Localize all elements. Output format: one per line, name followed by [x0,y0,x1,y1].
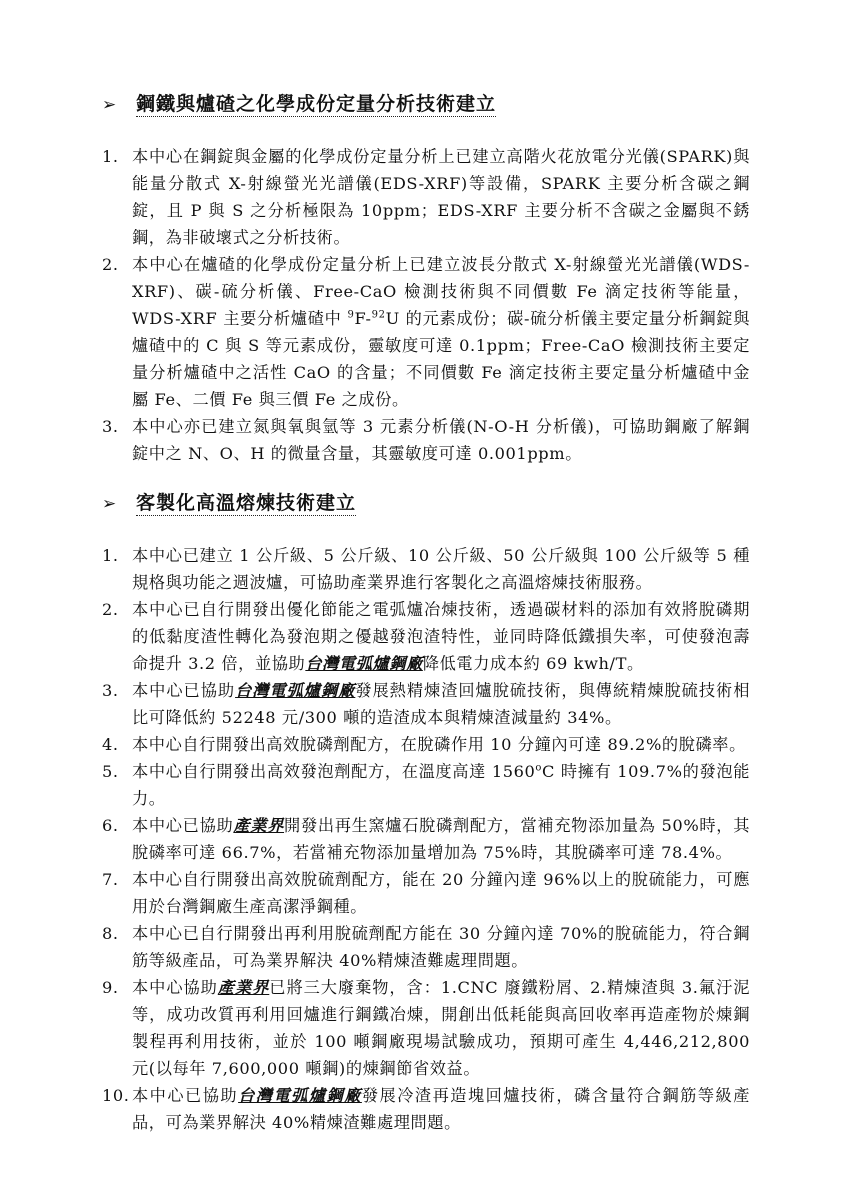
list-item: 9. 本中心協助產業界已將三大廢棄物，含：1.CNC 廢鐵粉屑、2.精煉渣與 3… [102,974,750,1082]
section-heading-smelting: ➢ 客製化高溫熔煉技術建立 [102,491,356,516]
list-item: 3. 本中心已協助台灣電弧爐鋼廠發展熱精煉渣回爐脫硫技術，與傳統精煉脫硫技術相比… [102,677,750,731]
list-item: 2. 本中心已自行開發出優化節能之電弧爐冶煉技術，透過碳材料的添加有效將脫磷期的… [102,596,750,677]
section-title: 鋼鐵與爐碴之化學成份定量分析技術建立 [136,92,496,117]
section-heading-chemical-analysis: ➢ 鋼鐵與爐碴之化學成份定量分析技術建立 [102,92,496,117]
list-item: 5. 本中心自行開發出高效發泡劑配方，在溫度高達 1560oC 時擁有 109.… [102,758,750,812]
arrow-bullet-icon: ➢ [102,494,124,514]
arrow-bullet-icon: ➢ [102,95,124,115]
list-item: 4. 本中心自行開發出高效脫磷劑配方，在脫磷作用 10 分鐘內可達 89.2%的… [102,731,750,758]
section-list-chemical-analysis: 1. 本中心在鋼錠與金屬的化學成份定量分析上已建立高階火花放電分光儀(SPARK… [102,143,750,467]
list-item: 2. 本中心在爐碴的化學成份定量分析上已建立波長分散式 X-射線螢光光譜儀(WD… [102,251,750,413]
section-list-smelting: 1. 本中心已建立 1 公斤級、5 公斤級、10 公斤級、50 公斤級與 100… [102,542,750,1136]
list-item: 1. 本中心在鋼錠與金屬的化學成份定量分析上已建立高階火花放電分光儀(SPARK… [102,143,750,251]
emphasized-org-name: 台灣電弧爐鋼廠 [305,654,423,673]
section-title: 客製化高溫熔煉技術建立 [136,491,356,516]
list-item: 7. 本中心自行開發出高效脫硫劑配方，能在 20 分鐘內達 96%以上的脫硫能力… [102,866,750,920]
emphasized-org-name: 產業界 [233,816,284,835]
list-item: 1. 本中心已建立 1 公斤級、5 公斤級、10 公斤級、50 公斤級與 100… [102,542,750,596]
emphasized-org-name: 產業界 [218,978,269,997]
emphasized-org-name: 台灣電弧爐鋼廠 [238,1086,362,1105]
list-item: 6. 本中心已協助產業界開發出再生窯爐石脫磷劑配方，當補充物添加量為 50%時，… [102,812,750,866]
list-item: 10. 本中心已協助台灣電弧爐鋼廠發展冷渣再造塊回爐技術，磷含量符合鋼筋等級產品… [102,1082,750,1136]
list-item: 3. 本中心亦已建立氮與氧與氫等 3 元素分析儀(N-O-H 分析儀)，可協助鋼… [102,413,750,467]
list-item: 8. 本中心已自行開發出再利用脫硫劑配方能在 30 分鐘內達 70%的脫硫能力，… [102,920,750,974]
document-page: ➢ 鋼鐵與爐碴之化學成份定量分析技術建立 1. 本中心在鋼錠與金屬的化學成份定量… [0,0,849,1200]
emphasized-org-name: 台灣電弧爐鋼廠 [235,681,355,700]
